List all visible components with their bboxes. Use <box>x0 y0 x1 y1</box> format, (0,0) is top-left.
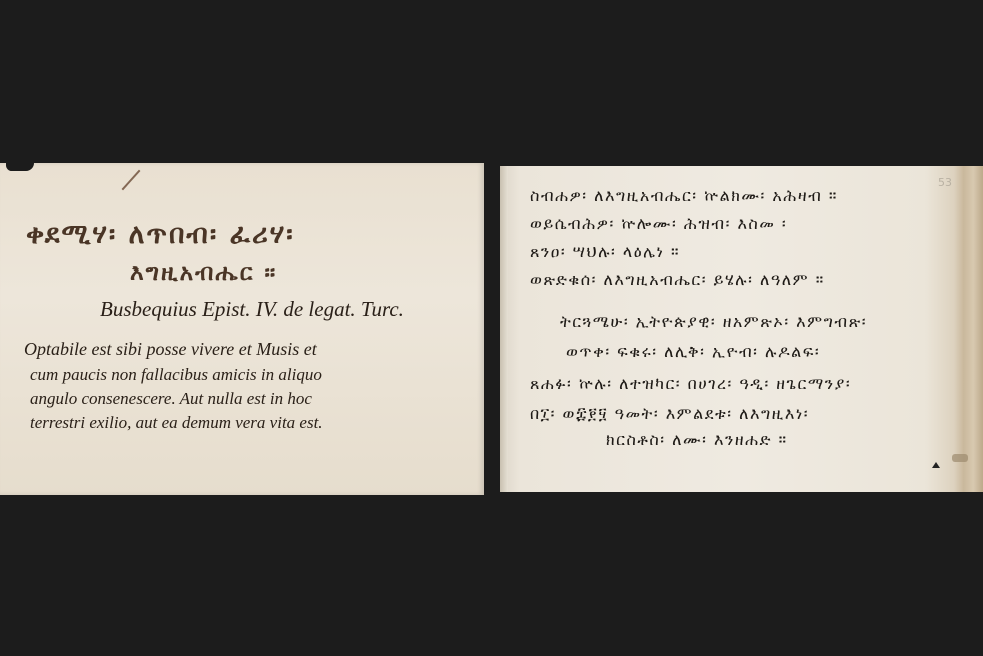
ethiopic-text-line: ወጽድቁሰ፡ ለእግዚአብሔር፡ ይሄሉ፡ ለዓለም ። <box>530 270 825 290</box>
latin-citation: Busbequius Epist. IV. de legat. Turc. <box>100 297 404 322</box>
latin-body-line: Optabile est sibi posse vivere et Musis … <box>24 339 317 360</box>
ethiopic-heading-line-2: እግዚአብሔር ። <box>130 260 277 286</box>
pen-stroke-mark <box>122 170 141 191</box>
right-manuscript-page: 53 ስብሐዎ፡ ለእግዚአብሔር፡ ኵልክሙ፡ አሕዛብ ። ወይሴብሕዎ፡ … <box>500 166 983 492</box>
ethiopic-text-line: ትርጓሜሁ፡ ኢትዮጵያዊ፡ ዘአምጽኦ፡ እምግብጽ፡ <box>560 312 867 332</box>
paper-damage <box>952 454 968 462</box>
ink-stain <box>6 163 34 171</box>
latin-body-line: cum paucis non fallacibus amicis in aliq… <box>30 365 322 385</box>
latin-body-line: terrestri exilio, aut ea demum vera vita… <box>30 413 323 433</box>
ethiopic-text-line: በ፲፡ ወ፰፻፶ ዓመት፡ እምልደቱ፡ ለእግዚእነ፡ <box>530 404 809 424</box>
ethiopic-text-line: ክርስቶስ፡ ለሙ፡ እንዘሐድ ። <box>606 430 788 450</box>
ethiopic-text-line: ጸሐፉ፡ ኵሉ፡ ለተዝካር፡ በሀገረ፡ ዓዲ፡ ዘጌርማንያ፡ <box>530 374 851 394</box>
page-number: 53 <box>938 176 952 189</box>
ethiopic-text-line: ስብሐዎ፡ ለእግዚአብሔር፡ ኵልክሙ፡ አሕዛብ ። <box>530 186 838 206</box>
latin-body-line: angulo consenescere. Aut nulla est in ho… <box>30 389 312 409</box>
ethiopic-text-line: ጸንዐ፡ ሣህሉ፡ ላዕሌነ ። <box>530 242 680 262</box>
ethiopic-heading-line-1: ቀደሚሃ፡ ለጥበብ፡ ፈሪሃ፡ <box>26 219 295 251</box>
binding-gutter <box>500 166 508 492</box>
ethiopic-text-line: ወጥቀ፡ ፍቁሩ፡ ለሊቅ፡ ኢዮብ፡ ሉዶልፍ፡ <box>566 342 820 362</box>
triangle-mark-icon <box>932 462 940 468</box>
left-manuscript-page: ቀደሚሃ፡ ለጥበብ፡ ፈሪሃ፡ እግዚአብሔር ። Busbequius Ep… <box>0 163 484 495</box>
ethiopic-text-line: ወይሴብሕዎ፡ ኵሎሙ፡ ሕዝብ፡ እስመ ፡ <box>530 214 787 234</box>
